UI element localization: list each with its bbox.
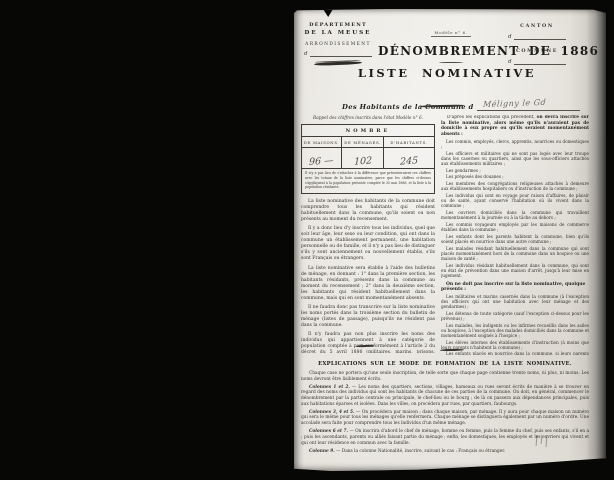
include-item: Les officiers et militaires qui ne sont … [441, 151, 589, 166]
commune-name-handwritten: Méligny le Gd [476, 98, 546, 109]
include-item: Les ouvriers domiciliés dans la commune … [441, 210, 589, 220]
blank-rule [310, 56, 372, 57]
blank-rule [514, 39, 566, 40]
instruction-paragraph: La liste nominative des habitants de la … [301, 199, 435, 223]
recap-caption: Rappel des chiffres inscrits dans l'état… [301, 115, 435, 120]
arrondissement-handwritten-dash [314, 61, 362, 65]
explanation-paragraph: Colonne 9. — Dans la colonne Nationalité… [301, 449, 589, 455]
include-item: Les individus résidant habituellement da… [441, 263, 589, 278]
recap-value-menages: 102 [354, 155, 372, 167]
include-item: Les malades résidant habituellement dans… [441, 246, 589, 261]
department-block: DÉPARTEMENT DE LA MEUSE ARRONDISSEMENT d [304, 22, 372, 65]
exclude-item: Les enfants placés en nourrice dans la c… [441, 351, 589, 355]
census-title-rule [439, 62, 463, 63]
pencil-marks [535, 435, 551, 447]
explanation-lead: Colonnes 3, 4 et 5. [309, 410, 355, 415]
arrondissement-prefix: d [304, 52, 308, 58]
include-item: Les gendarmes ; [441, 168, 589, 173]
explanation-lead: Colonnes 6 et 7. [309, 429, 348, 434]
canton-blank-line: d [508, 33, 566, 40]
list-title: LISTE NOMINATIVE [302, 66, 592, 80]
recap-value-habitants: 245 [400, 155, 418, 167]
include-item: Les commis voyageurs employés par les ma… [441, 222, 589, 232]
recap-cell-habitants: 245 [384, 148, 435, 169]
recap-cell-menages: 102 [342, 148, 384, 169]
explanation-paragraph: Chaque case ne portera qu'une seule insc… [301, 371, 589, 382]
exclude-item: Les malades, les indigents ou les infirm… [441, 323, 589, 338]
explanations-heading: EXPLICATIONS SUR LE MODE DE FORMATION DE… [301, 361, 589, 367]
exclude-item: Les détenus de toute catégorie (sauf l'e… [441, 311, 589, 321]
exclude-list: Les militaires et marins casernés dans l… [441, 294, 589, 355]
commune-label: COMMUNE [508, 48, 566, 54]
page-tear-notch [323, 9, 333, 17]
explanation-lead: Colonnes 1 et 2. [309, 385, 350, 390]
include-item: Les commis, employés, clercs, apprentis,… [441, 139, 589, 149]
exclude-item: Les élèves internes des établissements d… [441, 340, 589, 350]
instruction-paragraph: Il n'y faudra pas non plus inscrire les … [301, 332, 435, 353]
commune-blank-line: d [508, 58, 566, 65]
recap-group-header: NOMBRE [302, 125, 435, 137]
include-item: Les enfants dont les parents habitent la… [441, 234, 589, 244]
canton-prefix: d [508, 35, 512, 41]
explanation-lead: Colonne 9. [309, 449, 335, 454]
recap-col-habitants: D'HABITANTS. [384, 137, 435, 148]
include-item: Les individus qui sont en voyage pour ra… [441, 193, 589, 208]
census-page: DÉPARTEMENT DE LA MEUSE ARRONDISSEMENT d… [294, 9, 606, 471]
recap-value-maisons: 96 — [309, 155, 334, 168]
title-center-block: Modèle n° 6. DÉNOMBREMENT DE 1886 [378, 19, 524, 63]
canton-commune-block: CANTON d COMMUNE d [508, 23, 566, 65]
recap-table: NOMBRE DE MAISONS. DE MÉNAGES. D'HABITAN… [301, 124, 435, 194]
instruction-paragraph: La liste nominative sera établie à l'aid… [301, 266, 435, 302]
subtitle-row: Des Habitants de la Commune d Méligny le… [342, 91, 580, 111]
include-list: Les commis, employés, clercs, apprentis,… [441, 139, 589, 278]
recap-col-maisons: DE MAISONS. [302, 137, 342, 148]
scan-background: DÉPARTEMENT DE LA MEUSE ARRONDISSEMENT d… [0, 0, 614, 480]
recap-footnote: Il n'y a pas lieu de s'attacher à la dif… [302, 169, 435, 194]
include-intro: D'après les explications qui précèdent, … [441, 115, 589, 137]
recap-cell-maisons: 96 — [302, 148, 342, 169]
arrondissement-blank-line: d [304, 50, 372, 57]
exclude-heading: On ne doit pas inscrire sur la liste nom… [441, 282, 589, 292]
explanation-paragraph: Colonnes 3, 4 et 5. — On procédera par m… [301, 410, 589, 427]
department-name: DE LA MEUSE [304, 30, 372, 36]
explanation-paragraph: Colonnes 1 et 2. — Les noms des quartier… [301, 385, 589, 408]
exclude-item: Les militaires et marins casernés dans l… [441, 294, 589, 309]
commune-prefix: d [508, 60, 512, 66]
explanation-text: — Dans la colonne Nationalité, inscrire,… [335, 449, 505, 454]
include-item: Les membres des congrégations religieuse… [441, 181, 589, 191]
page-right-edge-shadow [586, 9, 606, 471]
instruction-paragraph: Il ne faudra donc pas transcrire sur la … [301, 305, 435, 329]
explanation-text: Chaque case ne portera qu'une seule insc… [301, 371, 589, 382]
left-column-paragraphs: La liste nominative des habitants de la … [301, 199, 435, 353]
include-intro-prefix: D'après les explications qui précèdent, [447, 115, 537, 120]
recap-col-menages: DE MÉNAGES. [342, 137, 384, 148]
model-number: Modèle n° 6. [431, 30, 470, 37]
left-column: Rappel des chiffres inscrits dans l'état… [301, 115, 435, 353]
census-title: DÉNOMBREMENT DE 1886 [378, 44, 524, 58]
arrondissement-label: ARRONDISSEMENT [304, 42, 372, 47]
department-label: DÉPARTEMENT [304, 22, 372, 28]
blank-rule [514, 64, 566, 65]
instruction-paragraph: Il y a donc lieu d'y inscrire tous les i… [301, 226, 435, 262]
canton-label: CANTON [508, 23, 566, 29]
right-column: D'après les explications qui précèdent, … [441, 115, 589, 355]
include-item: Les préposés des douanes ; [441, 174, 589, 179]
commune-name-line: Méligny le Gd [477, 91, 580, 111]
